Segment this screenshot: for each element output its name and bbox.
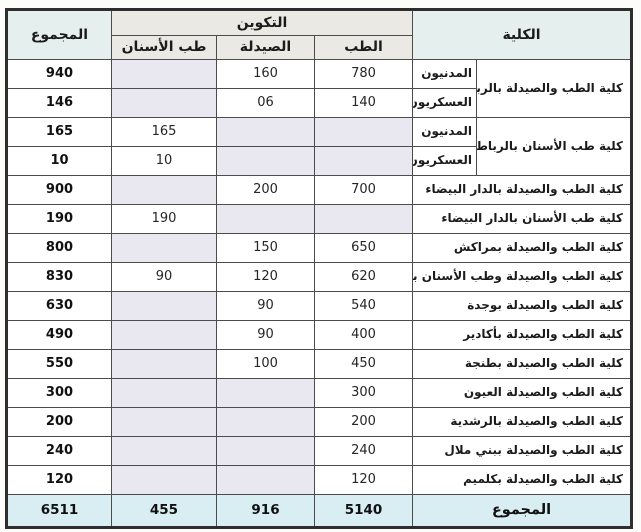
- table-row: كلية طب الأسنان بالرباطالمدنيون165165: [6, 118, 631, 147]
- row-total-cell: 900: [6, 176, 111, 205]
- dentistry-cell: 10: [111, 147, 216, 176]
- header-formation: التكوين: [111, 10, 412, 36]
- medicine-cell: 140: [315, 89, 413, 118]
- pharmacy-cell: [217, 466, 315, 495]
- dentistry-cell: [111, 437, 216, 466]
- table-header: الكلية التكوين المجموع الطب الصيدلة طب ا…: [6, 10, 631, 60]
- medicine-cell: 780: [315, 60, 413, 89]
- row-total-cell: 10: [6, 147, 111, 176]
- row-total-cell: 190: [6, 205, 111, 234]
- medicine-cell: 620: [315, 263, 413, 292]
- civil-military-cell: المدنيون: [413, 118, 477, 147]
- college-name-cell: كلية الطب والصيدلة بكلميم: [413, 466, 632, 495]
- pharmacy-cell: 120: [217, 263, 315, 292]
- dentistry-cell: [111, 292, 216, 321]
- college-name-cell: كلية الطب والصيدلة بالدار البيضاء: [413, 176, 632, 205]
- row-total-cell: 120: [6, 466, 111, 495]
- row-total-cell: 165: [6, 118, 111, 147]
- medicine-cell: [315, 205, 413, 234]
- college-name-cell: كلية طب الأسنان بالدار البيضاء: [413, 205, 632, 234]
- pharmacy-cell: [217, 205, 315, 234]
- pharmacy-cell: [217, 147, 315, 176]
- dentistry-cell: 90: [111, 263, 216, 292]
- dentistry-cell: [111, 89, 216, 118]
- pharmacy-cell: 200: [217, 176, 315, 205]
- medicine-cell: 120: [315, 466, 413, 495]
- dentistry-cell: [111, 60, 216, 89]
- pharmacy-cell: [217, 437, 315, 466]
- table-row: كلية الطب والصيدلة بالدار البيضاء7002009…: [6, 176, 631, 205]
- medicine-cell: [315, 118, 413, 147]
- pharmacy-cell: 100: [217, 350, 315, 379]
- table-body: كلية الطب والصيدلة بالرباطالمدنيون780160…: [6, 60, 631, 495]
- table-row: كلية طب الأسنان بالدار البيضاء190190: [6, 205, 631, 234]
- row-total-cell: 630: [6, 292, 111, 321]
- college-name-cell: كلية طب الأسنان بالرباط: [477, 118, 632, 176]
- admissions-table: الكلية التكوين المجموع الطب الصيدلة طب ا…: [5, 8, 633, 529]
- civil-military-cell: العسكريون: [413, 147, 477, 176]
- college-name-cell: كلية الطب والصيدلة بالرشدية: [413, 408, 632, 437]
- dentistry-cell: [111, 176, 216, 205]
- row-total-cell: 240: [6, 437, 111, 466]
- table-row: كلية الطب والصيدلة بالرباطالمدنيون780160…: [6, 60, 631, 89]
- college-name-cell: كلية الطب والصيدلة بوجدة: [413, 292, 632, 321]
- pharmacy-cell: 150: [217, 234, 315, 263]
- header-medicine: الطب: [315, 36, 413, 60]
- pharmacy-cell: [217, 118, 315, 147]
- pharmacy-cell: 90: [217, 292, 315, 321]
- medicine-cell: 240: [315, 437, 413, 466]
- table-footer: المجموع 5140 916 455 6511: [6, 495, 631, 528]
- dentistry-cell: [111, 408, 216, 437]
- medicine-cell: 300: [315, 379, 413, 408]
- row-total-cell: 200: [6, 408, 111, 437]
- row-total-cell: 550: [6, 350, 111, 379]
- college-name-cell: كلية الطب والصيدلة بطنجة: [413, 350, 632, 379]
- dentistry-cell: 165: [111, 118, 216, 147]
- college-name-cell: كلية الطب والصيدلة العيون: [413, 379, 632, 408]
- table-row: كلية الطب والصيدلة بطنجة450100550: [6, 350, 631, 379]
- header-college: الكلية: [413, 10, 632, 60]
- row-total-cell: 800: [6, 234, 111, 263]
- total-row: المجموع 5140 916 455 6511: [6, 495, 631, 528]
- dentistry-cell: [111, 379, 216, 408]
- pharmacy-cell: 90: [217, 321, 315, 350]
- medicine-cell: 450: [315, 350, 413, 379]
- dentistry-cell: [111, 466, 216, 495]
- college-name-cell: كلية الطب والصيدلة وطب الأسنان بفاس: [413, 263, 632, 292]
- header-total: المجموع: [6, 10, 111, 60]
- medicine-cell: 200: [315, 408, 413, 437]
- table-row: كلية الطب والصيدلة بكلميم120120: [6, 466, 631, 495]
- college-name-cell: كلية الطب والصيدلة بمراكش: [413, 234, 632, 263]
- row-total-cell: 940: [6, 60, 111, 89]
- civil-military-cell: المدنيون: [413, 60, 477, 89]
- header-dentistry: طب الأسنان: [111, 36, 216, 60]
- total-dentistry-cell: 455: [111, 495, 216, 528]
- medicine-cell: 700: [315, 176, 413, 205]
- row-total-cell: 830: [6, 263, 111, 292]
- pharmacy-cell: 160: [217, 60, 315, 89]
- scanned-page: الكلية التكوين المجموع الطب الصيدلة طب ا…: [0, 0, 641, 532]
- header-pharmacy: الصيدلة: [217, 36, 315, 60]
- table-row: كلية الطب والصيدلة ببني ملال240240: [6, 437, 631, 466]
- grand-total-cell: 6511: [6, 495, 111, 528]
- dentistry-cell: 190: [111, 205, 216, 234]
- table-row: كلية الطب والصيدلة بوجدة54090630: [6, 292, 631, 321]
- total-pharmacy-cell: 916: [217, 495, 315, 528]
- total-medicine-cell: 5140: [315, 495, 413, 528]
- pharmacy-cell: [217, 379, 315, 408]
- medicine-cell: [315, 147, 413, 176]
- college-name-cell: كلية الطب والصيدلة بأكادير: [413, 321, 632, 350]
- table-row: كلية الطب والصيدلة العيون300300: [6, 379, 631, 408]
- pharmacy-cell: [217, 408, 315, 437]
- table-row: كلية الطب والصيدلة بأكادير40090490: [6, 321, 631, 350]
- medicine-cell: 540: [315, 292, 413, 321]
- table-row: كلية الطب والصيدلة وطب الأسنان بفاس62012…: [6, 263, 631, 292]
- dentistry-cell: [111, 234, 216, 263]
- dentistry-cell: [111, 350, 216, 379]
- table-row: كلية الطب والصيدلة بالرشدية200200: [6, 408, 631, 437]
- table-row: كلية الطب والصيدلة بمراكش650150800: [6, 234, 631, 263]
- row-total-cell: 146: [6, 89, 111, 118]
- medicine-cell: 400: [315, 321, 413, 350]
- medicine-cell: 650: [315, 234, 413, 263]
- college-name-cell: كلية الطب والصيدلة بالرباط: [477, 60, 632, 118]
- college-name-cell: كلية الطب والصيدلة ببني ملال: [413, 437, 632, 466]
- row-total-cell: 300: [6, 379, 111, 408]
- pharmacy-cell: 06: [217, 89, 315, 118]
- civil-military-cell: العسكريون: [413, 89, 477, 118]
- row-total-cell: 490: [6, 321, 111, 350]
- total-label: المجموع: [413, 495, 632, 528]
- dentistry-cell: [111, 321, 216, 350]
